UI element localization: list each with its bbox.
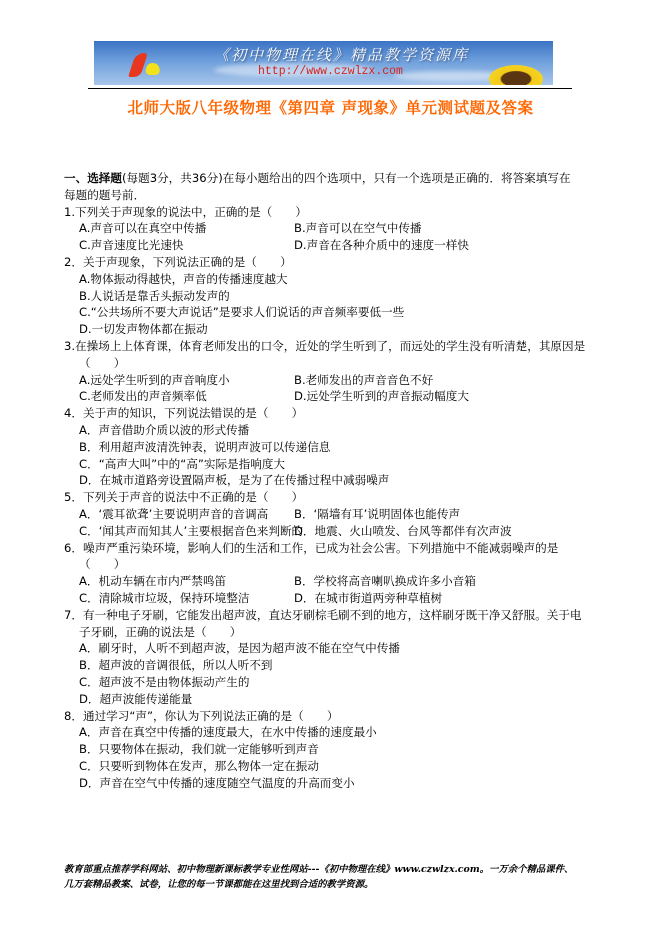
answer-option: B．利用超声波清洗钟表，说明声波可以传递信息	[64, 439, 594, 456]
answer-option: C.声音速度比光速快	[79, 237, 294, 254]
logo-icon-accent	[145, 63, 161, 75]
answer-option: C.“公共场所不要大声说话”是要求人们说话的声音频率要低一些	[64, 304, 594, 321]
answer-option: A．机动车辆在市内严禁鸣笛	[79, 573, 294, 590]
answer-option: D．地震、火山喷发、台风等都伴有次声波	[294, 523, 512, 540]
answer-option: D.远处学生听到的声音振动幅度大	[294, 388, 469, 405]
question-stem: （ ）	[64, 355, 594, 372]
option-row: C.老师发出的声音频率低D.远处学生听到的声音振动幅度大	[64, 388, 594, 405]
question-stem: （ ）	[64, 556, 594, 573]
answer-option: A.物体振动得越快，声音的传播速度越大	[64, 271, 594, 288]
answer-option: C．只要听到物体在发声，那么物体一定在振动	[64, 758, 594, 775]
answer-option: B．只要物体在振动，我们就一定能够听到声音	[64, 741, 594, 758]
answer-option: A．声音借助介质以波的形式传播	[64, 422, 594, 439]
banner-url: http://www.czwlzx.com	[258, 65, 403, 78]
question-7: 7．有一种电子牙刷，它能发出超声波，直达牙刷棕毛刷不到的地方，这样刷牙既干净又舒…	[64, 607, 594, 708]
answer-option: A．刷牙时，人听不到超声波，是因为超声波不能在空气中传播	[64, 640, 594, 657]
question-6: 6．噪声严重污染环境，影响人们的生活和工作，已成为社会公害。下列措施中不能减弱噪…	[64, 540, 594, 607]
option-row: C．清除城市垃圾，保持环境整洁D．在城市街道两旁种草植树	[64, 590, 594, 607]
answer-option: D．在城市街道两旁种草植树	[294, 590, 442, 607]
question-list: 一、选择题(每题3分，共36分)在每小题给出的四个选项中，只有一个选项是正确的．…	[64, 170, 594, 791]
answer-option: D.声音在各种介质中的速度一样快	[294, 237, 469, 254]
answer-option: C.老师发出的声音频率低	[79, 388, 294, 405]
answer-option: A.远处学生听到的声音响度小	[79, 372, 294, 389]
question-stem: 3.在操场上上体育课，体育老师发出的口令，近处的学生听到了，而远处的学生没有听清…	[64, 338, 594, 355]
question-8: 8．通过学习“声”，你认为下列说法正确的是（ ）A．声音在真空中传播的速度最大，…	[64, 708, 594, 792]
header-divider	[88, 88, 572, 89]
section-label: 一、选择题	[64, 171, 122, 185]
section-instructions: (每题3分，共36分)在每小题给出的四个选项中，只有一个选项是正确的．将答案填写…	[122, 171, 571, 185]
question-stem: 1.下列关于声现象的说法中，正确的是（ ）	[64, 204, 594, 221]
answer-option: B．超声波的音调很低，所以人听不到	[64, 657, 594, 674]
question-stem: 4．关于声的知识，下列说法错误的是（ ）	[64, 405, 594, 422]
option-row: A.远处学生听到的声音响度小B.老师发出的声音音色不好	[64, 372, 594, 389]
question-3: 3.在操场上上体育课，体育老师发出的口令，近处的学生听到了，而远处的学生没有听清…	[64, 338, 594, 405]
answer-option: D．在城市道路旁设置隔声板，是为了在传播过程中减弱噪声	[64, 472, 594, 489]
answer-option: B．学校将高音喇叭换成许多小音箱	[294, 573, 476, 590]
option-row: C.声音速度比光速快D.声音在各种介质中的速度一样快	[64, 237, 594, 254]
answer-option: B.老师发出的声音音色不好	[294, 372, 433, 389]
question-5: 5．下列关于声音的说法中不正确的是（ ）A．‘震耳欲聋’主要说明声音的音调高B．…	[64, 489, 594, 539]
answer-option: B.人说话是靠舌头振动发声的	[64, 288, 594, 305]
answer-option: A．‘震耳欲聋’主要说明声音的音调高	[79, 506, 294, 523]
answer-option: C．‘闻其声而知其人’主要根据音色来判断的	[79, 523, 294, 540]
footer-line: 教育部重点推荐学科网站、初中物理新课标教学专业性网站---《初中物理在线》www…	[64, 862, 604, 877]
site-banner: 《初中物理在线》精品教学资源库 http://www.czwlzx.com	[94, 41, 553, 85]
footer-line: 几万套精品教案、试卷，让您的每一节课都能在这里找到合适的教学资源。	[64, 877, 604, 892]
question-1: 1.下列关于声现象的说法中，正确的是（ ）A.声音可以在真空中传播B.声音可以在…	[64, 204, 594, 254]
banner-title: 《初中物理在线》精品教学资源库	[214, 44, 469, 65]
question-stem: 2．关于声现象，下列说法正确的是（ ）	[64, 254, 594, 271]
logo-icon	[128, 53, 148, 77]
section-instructions-cont: 每题的题号前．	[64, 187, 594, 204]
question-2: 2．关于声现象，下列说法正确的是（ ）A.物体振动得越快，声音的传播速度越大B.…	[64, 254, 594, 338]
option-row: A.声音可以在真空中传播B.声音可以在空气中传播	[64, 220, 594, 237]
option-row: A．‘震耳欲聋’主要说明声音的音调高B．‘隔墙有耳’说明固体也能传声	[64, 506, 594, 523]
answer-option: B．‘隔墙有耳’说明固体也能传声	[294, 506, 460, 523]
option-row: A．机动车辆在市内严禁鸣笛B．学校将高音喇叭换成许多小音箱	[64, 573, 594, 590]
answer-option: D．声音在空气中传播的速度随空气温度的升高而变小	[64, 775, 594, 792]
question-stem: 子牙刷，正确的说法是（ ）	[64, 624, 594, 641]
answer-option: C．清除城市垃圾，保持环境整洁	[79, 590, 294, 607]
answer-option: C．超声波不是由物体振动产生的	[64, 674, 594, 691]
answer-option: D．超声波能传递能量	[64, 691, 594, 708]
question-4: 4．关于声的知识，下列说法错误的是（ ）A．声音借助介质以波的形式传播B．利用超…	[64, 405, 594, 489]
answer-option: B.声音可以在空气中传播	[294, 220, 422, 237]
answer-option: A．声音在真空中传播的速度最大，在水中传播的速度最小	[64, 724, 594, 741]
answer-option: D.一切发声物体都在振动	[64, 321, 594, 338]
question-stem: 5．下列关于声音的说法中不正确的是（ ）	[64, 489, 594, 506]
question-stem: 8．通过学习“声”，你认为下列说法正确的是（ ）	[64, 708, 594, 725]
answer-option: A.声音可以在真空中传播	[79, 220, 294, 237]
sunflower-icon	[489, 65, 543, 85]
document-title: 北师大版八年级物理《第四章 声现象》单元测试题及答案	[0, 96, 661, 118]
option-row: C．‘闻其声而知其人’主要根据音色来判断的D．地震、火山喷发、台风等都伴有次声波	[64, 523, 594, 540]
section-intro: 一、选择题(每题3分，共36分)在每小题给出的四个选项中，只有一个选项是正确的．…	[64, 170, 594, 187]
question-stem: 6．噪声严重污染环境，影响人们的生活和工作，已成为社会公害。下列措施中不能减弱噪…	[64, 540, 594, 557]
question-stem: 7．有一种电子牙刷，它能发出超声波，直达牙刷棕毛刷不到的地方，这样刷牙既干净又舒…	[64, 607, 594, 624]
footer: 教育部重点推荐学科网站、初中物理新课标教学专业性网站---《初中物理在线》www…	[64, 862, 604, 892]
answer-option: C．“高声大叫”中的“高”实际是指响度大	[64, 456, 594, 473]
